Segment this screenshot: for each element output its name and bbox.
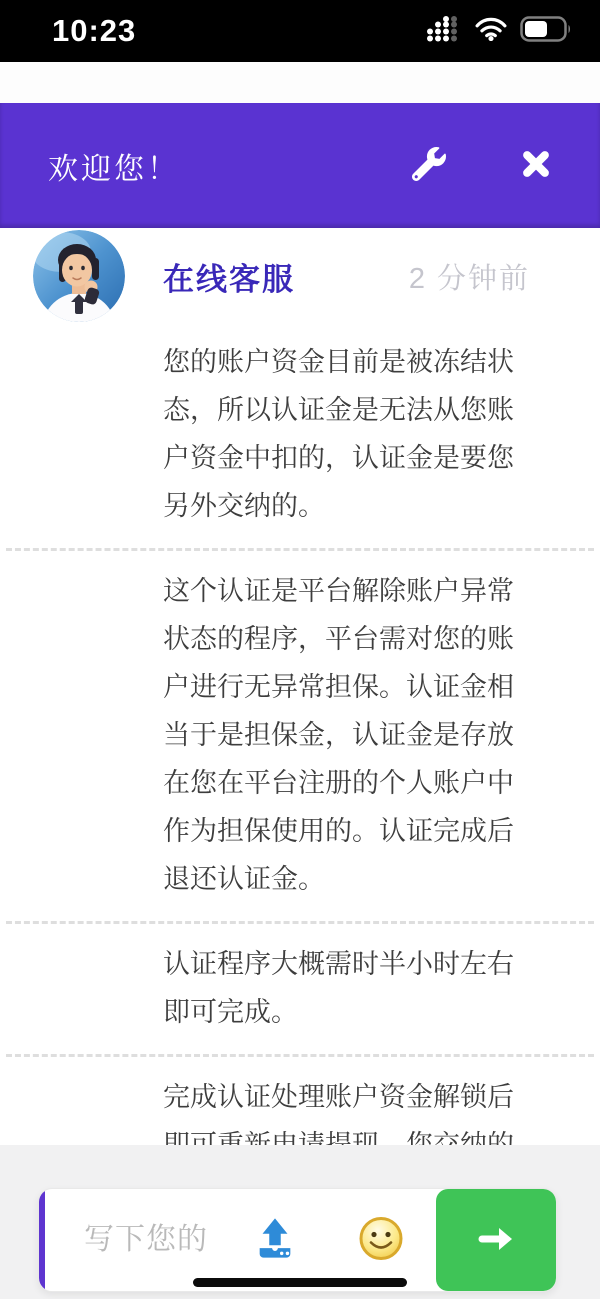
message-timestamp: 2 分钟前 — [409, 256, 530, 297]
status-bar: 10:23 — [0, 0, 600, 62]
chat-widget-screen: 10:23 — [0, 0, 600, 1299]
dashed-separator — [6, 548, 594, 551]
wrench-icon — [412, 147, 446, 184]
upload-icon — [252, 1216, 298, 1265]
agent-name: 在线客服 — [163, 254, 295, 299]
message-paragraph: 这个认证是平台解除账户异常状态的程序，平台需对您的账户进行无异常担保。认证金相当… — [163, 567, 517, 903]
status-icons — [426, 16, 572, 47]
top-spacer — [0, 62, 600, 103]
dashed-separator — [6, 1054, 594, 1057]
message-paragraph: 您的账户资金目前是被冻结状态，所以认证金是无法从您账户资金中扣的，认证金是要您另… — [163, 338, 517, 530]
wifi-icon — [475, 17, 507, 46]
message-paragraph: 认证程序大概需时半小时左右即可完成。 — [163, 940, 517, 1036]
message-header-row: 在线客服 2 分钟前 — [0, 228, 600, 322]
message-input-container — [38, 1188, 557, 1292]
battery-icon — [520, 16, 572, 47]
welcome-title: 欢迎您！ — [48, 144, 180, 188]
emoji-button[interactable] — [358, 1216, 404, 1265]
message-input[interactable] — [84, 1189, 244, 1291]
agent-avatar-photo — [33, 230, 125, 322]
message-paragraph: 完成认证处理账户资金解锁后即可重新申请提现，您交纳的 — [163, 1073, 517, 1145]
input-area — [45, 1189, 436, 1291]
close-icon — [520, 148, 552, 183]
send-button[interactable] — [436, 1189, 556, 1291]
smiley-icon — [358, 1216, 404, 1265]
send-arrow-icon — [474, 1217, 518, 1264]
home-indicator-bar[interactable] — [193, 1278, 407, 1287]
dashed-separator — [6, 921, 594, 924]
cellular-signal-icon — [426, 16, 462, 47]
close-widget-button[interactable] — [516, 144, 556, 187]
chat-message-area: 在线客服 2 分钟前 您的账户资金目前是被冻结状态，所以认证金是无法从您账户资金… — [0, 228, 600, 1145]
clock: 10:23 — [52, 13, 136, 49]
widget-header: 欢迎您！ — [0, 103, 600, 228]
upload-button[interactable] — [252, 1216, 298, 1265]
composer-bar — [0, 1145, 600, 1299]
settings-wrench-button[interactable] — [408, 143, 450, 188]
